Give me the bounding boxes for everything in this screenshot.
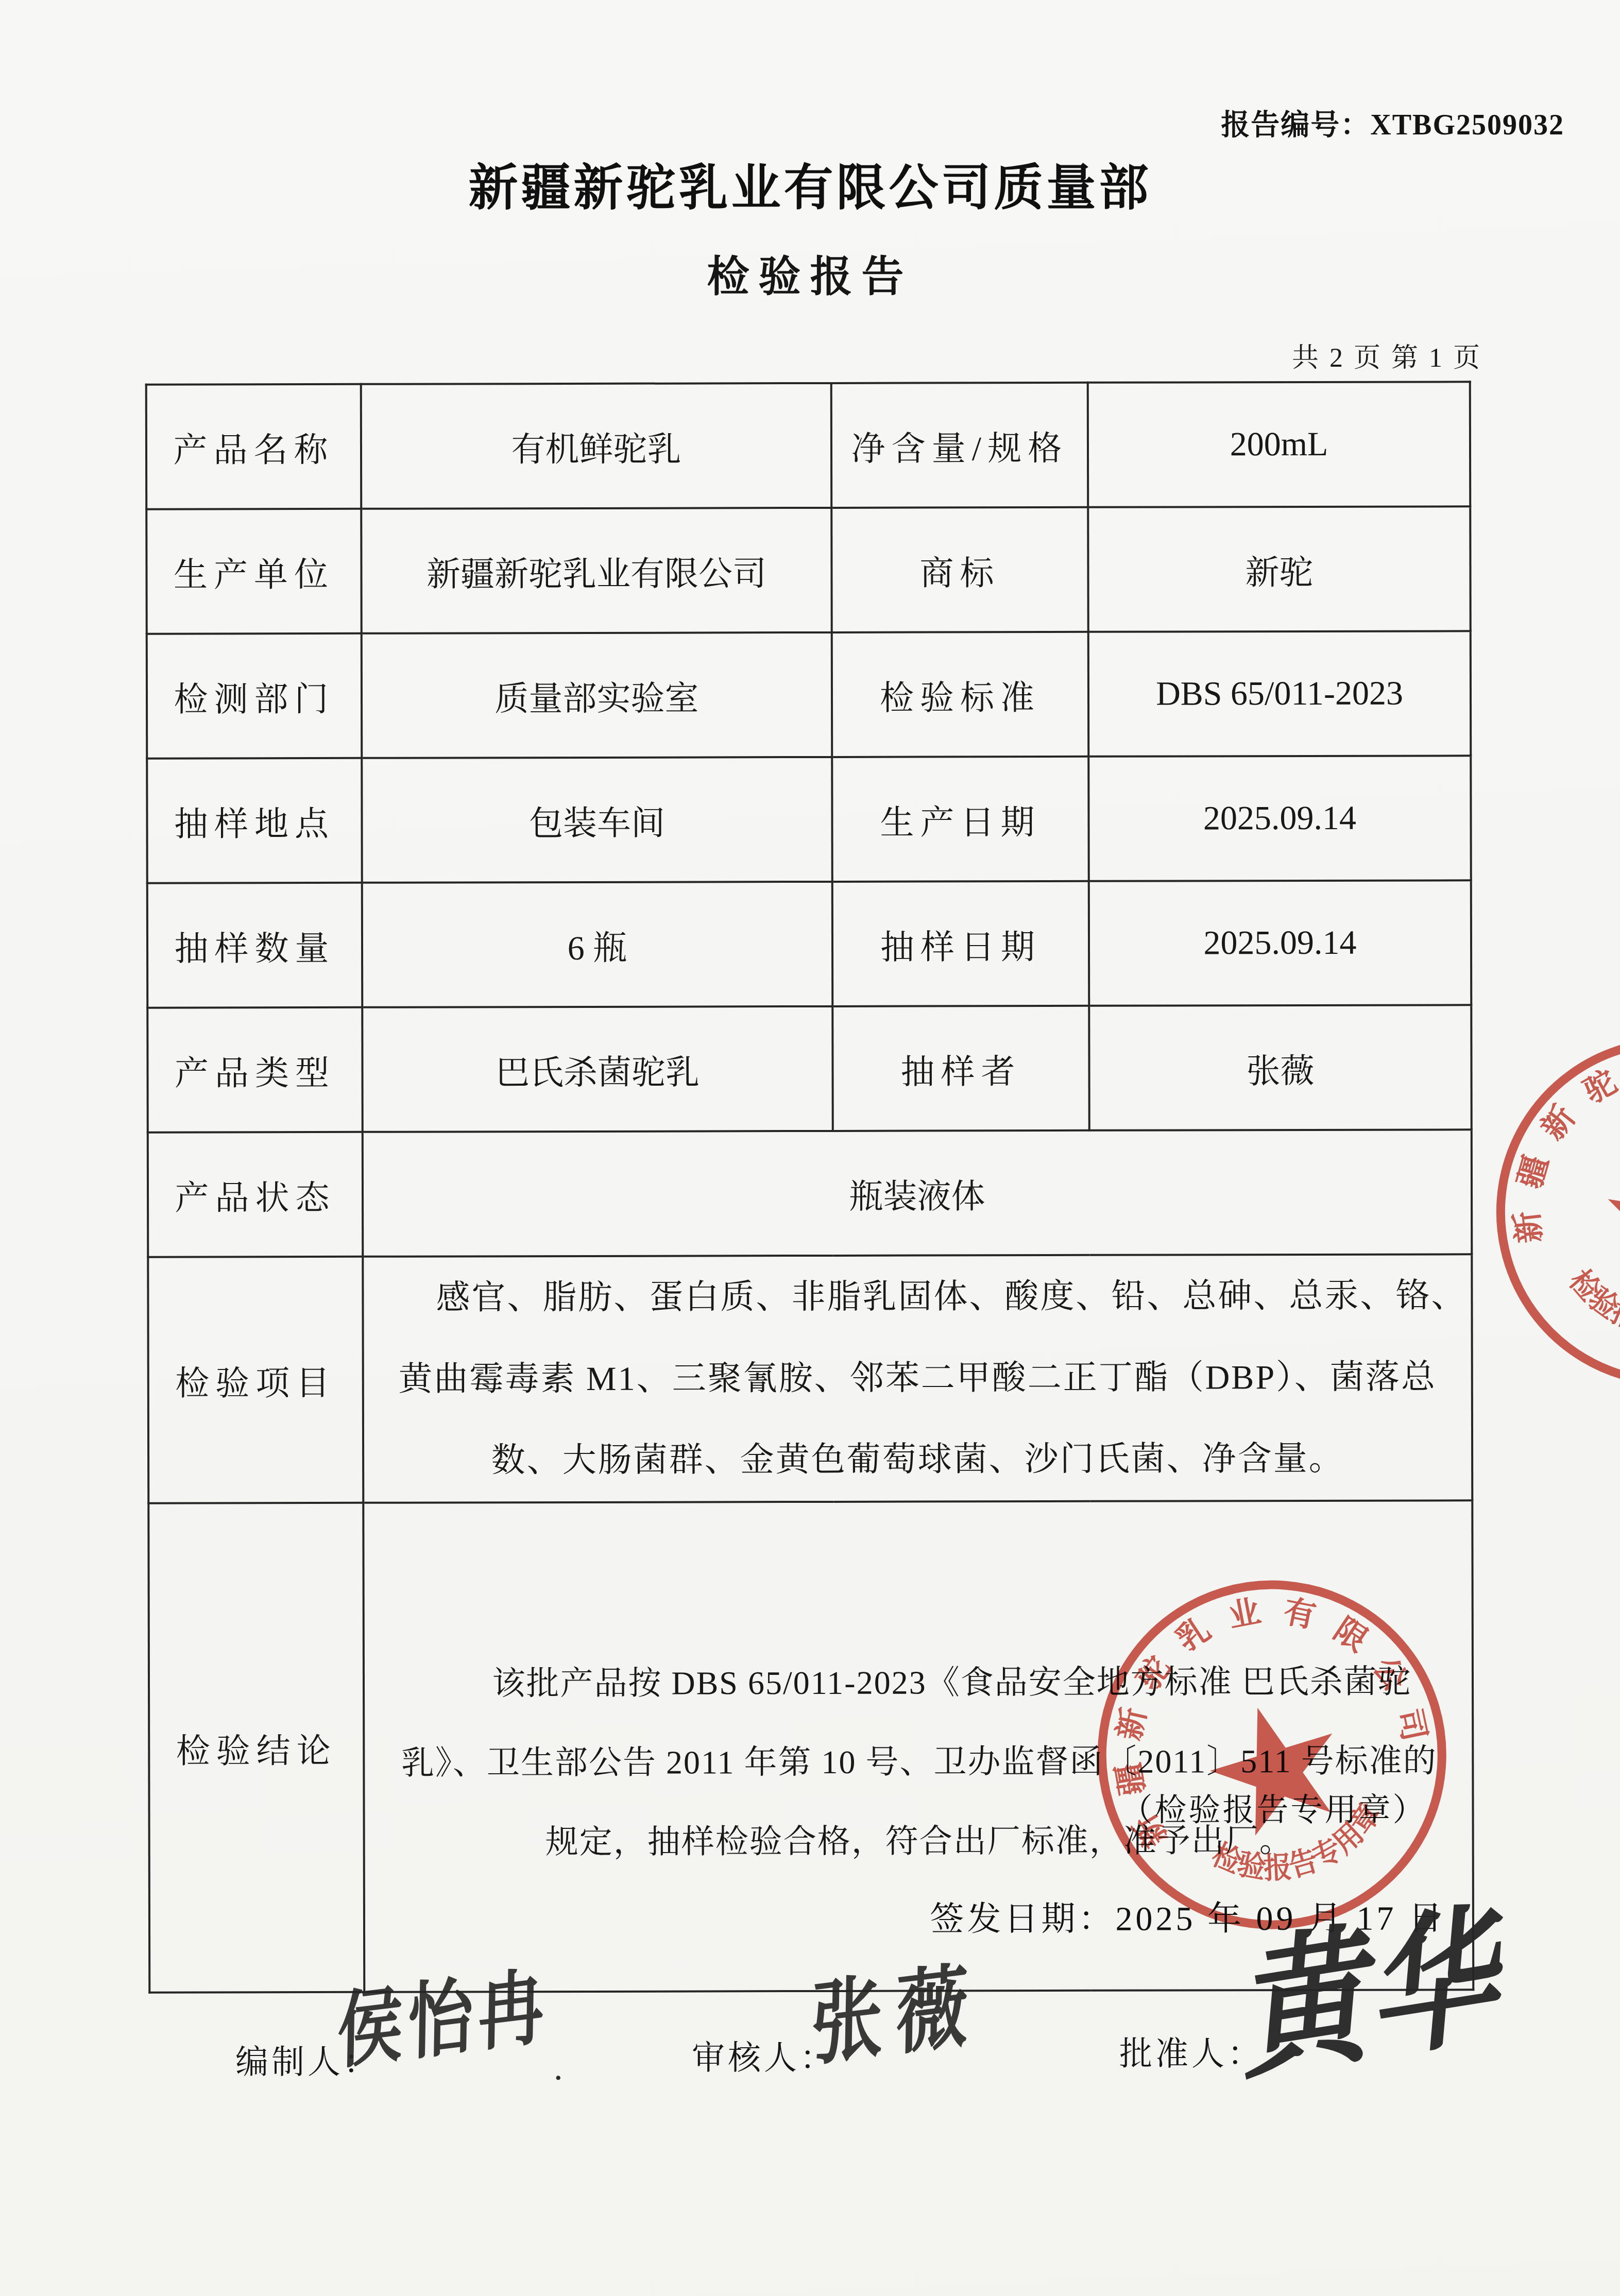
cell-product-name-label: 产品名称 [146, 384, 362, 509]
report-page: 报告编号：XTBG2509032 新疆新驼乳业有限公司质量部 检验报告 共 2 … [0, 0, 1620, 2296]
report-number-label: 报告编号： [1221, 109, 1370, 141]
svg-text:新疆新驼乳业有限公司: 新疆新驼乳业有限公司 [1502, 1027, 1620, 1293]
cell-prod-date-value: 2025.09.14 [1088, 756, 1471, 881]
table-row: 检测部门 质量部实验室 检验标准 DBS 65/011-2023 [147, 631, 1471, 758]
cell-test-items-label: 检验项目 [148, 1257, 363, 1503]
page-count-indicator: 共 2 页 第 1 页 [1292, 336, 1482, 374]
edge-seal-company-arc-text: 新疆新驼乳业有限公司 [1502, 1027, 1620, 1293]
table-row: 抽样数量 6 瓶 抽样日期 2025.09.14 [147, 880, 1472, 1007]
report-number-value: XTBG2509032 [1370, 109, 1564, 141]
test-items-paragraph: 感官、脂肪、蛋白质、非脂乳固体、酸度、铅、总砷、总汞、铬、黄曲霉毒素 M1、三聚… [364, 1255, 1471, 1502]
table-row: 抽样地点 包装车间 生产日期 2025.09.14 [147, 756, 1471, 883]
cell-sample-place-label: 抽样地点 [147, 758, 362, 883]
table-row: 检验项目 感官、脂肪、蛋白质、非脂乳固体、酸度、铅、总砷、总汞、铬、黄曲霉毒素 … [148, 1254, 1472, 1503]
reviewed-by-signature: 张薇 [810, 1932, 982, 2083]
cell-product-type-label: 产品类型 [147, 1007, 363, 1133]
edge-seal-star-icon [1596, 1153, 1620, 1293]
cell-manufacturer-label: 生产单位 [146, 509, 362, 634]
cell-sample-date-label: 抽样日期 [832, 881, 1089, 1006]
cell-brand-value: 新驼 [1088, 506, 1471, 632]
cell-sampler-label: 抽样者 [832, 1006, 1089, 1131]
cell-test-dept-value: 质量部实验室 [362, 632, 832, 758]
cell-product-name-value: 有机鲜驼乳 [361, 383, 832, 509]
approved-by-label: 批准人： [1119, 2027, 1264, 2075]
table-row: 产品类型 巴氏杀菌驼乳 抽样者 张薇 [147, 1005, 1472, 1132]
seal-bottom-arc-text: 检验报告专用章 [1200, 1789, 1398, 1907]
seal-star-icon [1197, 1689, 1354, 1842]
cell-standard-label: 检验标准 [832, 632, 1089, 757]
signature-dot: . [554, 2048, 563, 2089]
cell-net-content-value: 200mL [1088, 382, 1471, 507]
cell-net-content-label: 净含量/规格 [831, 383, 1088, 508]
svg-text:检验报告专用章: 检验报告专用章 [1200, 1789, 1398, 1907]
prepared-by-signature: 侯怡冉 [336, 1939, 550, 2085]
cell-sample-qty-value: 6 瓶 [362, 882, 833, 1007]
cell-sampler-value: 张薇 [1089, 1005, 1472, 1130]
cell-conclusion-label: 检验结论 [148, 1503, 364, 1993]
report-number-line: 报告编号：XTBG2509032 [1221, 102, 1564, 143]
cell-sample-date-value: 2025.09.14 [1089, 880, 1472, 1006]
cell-brand-label: 商标 [831, 507, 1088, 632]
cell-product-state-label: 产品状态 [148, 1132, 363, 1257]
cell-product-state-value: 瓶装液体 [363, 1129, 1472, 1257]
table-row: 生产单位 新疆新驼乳业有限公司 商标 新驼 [146, 506, 1471, 633]
cell-test-dept-label: 检测部门 [147, 633, 362, 759]
cell-sample-qty-label: 抽样数量 [147, 883, 363, 1008]
cell-standard-value: DBS 65/011-2023 [1088, 631, 1471, 757]
signature-row: 编制人： 侯怡冉 . 审核人： 张薇 批准人： 黄华 [147, 1986, 1548, 2233]
cell-prod-date-label: 生产日期 [832, 757, 1089, 882]
page-title: 新疆新驼乳业有限公司质量部 [0, 148, 1620, 219]
cell-manufacturer-value: 新疆新驼乳业有限公司 [361, 508, 832, 633]
cell-product-type-value: 巴氏杀菌驼乳 [362, 1006, 833, 1132]
page-subtitle: 检验报告 [0, 243, 1620, 303]
cell-sample-place-value: 包装车间 [362, 757, 832, 883]
table-row: 产品状态 瓶装液体 [148, 1129, 1472, 1257]
cell-test-items-text: 感官、脂肪、蛋白质、非脂乳固体、酸度、铅、总砷、总汞、铬、黄曲霉毒素 M1、三聚… [363, 1254, 1472, 1503]
table-row: 产品名称 有机鲜驼乳 净含量/规格 200mL [146, 382, 1471, 509]
